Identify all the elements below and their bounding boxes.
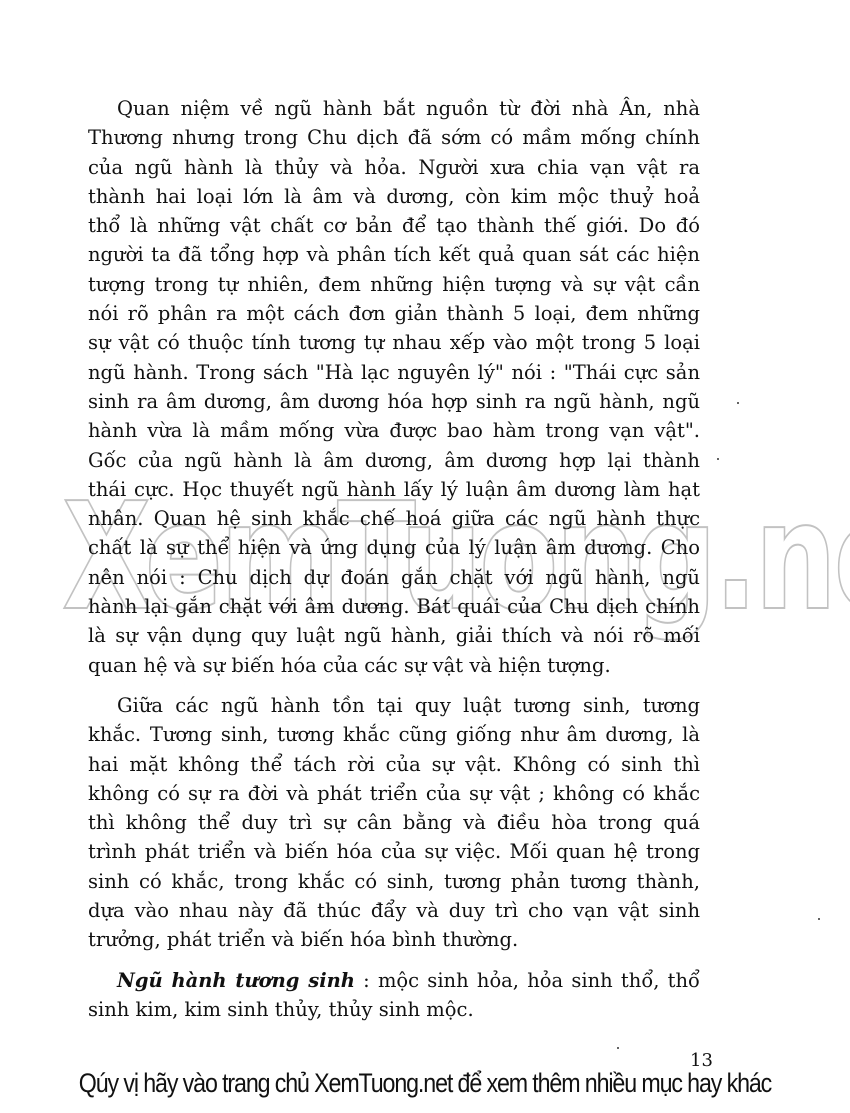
text-line: hành vừa là mầm mống vừa được bao hàm tr… [88,416,700,445]
text-line: sinh có khắc, trong khắc có sinh, tương … [88,867,700,896]
body-text: Quan niệm về ngũ hành bắt nguồn từ đời n… [88,94,700,1024]
text-line: hai mặt không thể tách rời của sự vật. K… [88,750,700,779]
text-line: nên nói : Chu dịch dự đoán gắn chặt với … [88,563,700,592]
text-line: tượng trong tự nhiên, đem những hiện tượ… [88,270,700,299]
text-line: nhân. Quan hệ sinh khắc chế hoá giữa các… [88,504,700,533]
text-line: trình phát triển và biến hóa của sự việc… [88,837,700,866]
text-line: khắc. Tương sinh, tương khắc cũng giống … [88,720,700,749]
text-line: nói rõ phân ra một cách đơn giản thành 5… [88,299,700,328]
section-lead-text: : mộc sinh hỏa, hỏa sinh thổ, thổ [355,969,700,992]
book-page: XemTuong.net Quan niệm về ngũ hành bắt n… [0,0,850,1113]
text-line: sinh kim, kim sinh thủy, thủy sinh mộc. [88,995,700,1024]
text-line: không có sự ra đời và phát triển của sự … [88,779,700,808]
text-line: sinh ra âm dương, âm dương hóa hợp sinh … [88,387,700,416]
text-line: ngũ hành. Trong sách "Hà lạc nguyên lý" … [88,358,700,387]
paragraph-3: Ngũ hành tương sinh : mộc sinh hỏa, hỏa … [88,966,700,1025]
text-line: Quan niệm về ngũ hành bắt nguồn từ đời n… [88,94,700,123]
text-line: Ngũ hành tương sinh : mộc sinh hỏa, hỏa … [88,966,700,995]
text-line: người ta đã tổng hợp và phân tích kết qu… [88,240,700,269]
text-line: thành hai loại lớn là âm và dương, còn k… [88,182,700,211]
text-line: sự vật có thuộc tính tương tự nhau xếp v… [88,328,700,357]
paragraph-spacer [88,955,700,966]
paragraph-2: Giữa các ngũ hành tồn tại quy luật tương… [88,691,700,955]
scan-speck [617,1047,619,1049]
paragraph-spacer [88,680,700,691]
footer-note: Qúy vị hãy vào trang chủ XemTuong.net để… [60,1068,791,1099]
text-line: dựa vào nhau này đã thúc đẩy và duy trì … [88,896,700,925]
scan-speck [818,918,820,920]
text-line: Thương nhưng trong Chu dịch đã sớm có mầ… [88,123,700,152]
text-line: thái cực. Học thuyết ngũ hành lấy lý luậ… [88,475,700,504]
text-line: Gốc của ngũ hành là âm dương, âm dương h… [88,446,700,475]
text-line: Giữa các ngũ hành tồn tại quy luật tương… [88,691,700,720]
scan-speck [717,458,719,460]
text-line: thổ là những vật chất cơ bản để tạo thàn… [88,211,700,240]
text-line: của ngũ hành là thủy và hỏa. Người xưa c… [88,153,700,182]
text-line: quan hệ và sự biến hóa của các sự vật và… [88,651,700,680]
scan-speck [737,402,739,404]
section-lead-term: Ngũ hành tương sinh [117,969,355,992]
text-line: thì không thể duy trì sự cân bằng và điề… [88,808,700,837]
text-line: hành lại gắn chặt với âm dương. Bát quái… [88,592,700,621]
paragraph-1: Quan niệm về ngũ hành bắt nguồn từ đời n… [88,94,700,680]
text-line: là sự vận dụng quy luật ngũ hành, giải t… [88,621,700,650]
text-line: chất là sự thể hiện và ứng dụng của lý l… [88,533,700,562]
text-line: trưởng, phát triển và biến hóa bình thườ… [88,925,700,954]
